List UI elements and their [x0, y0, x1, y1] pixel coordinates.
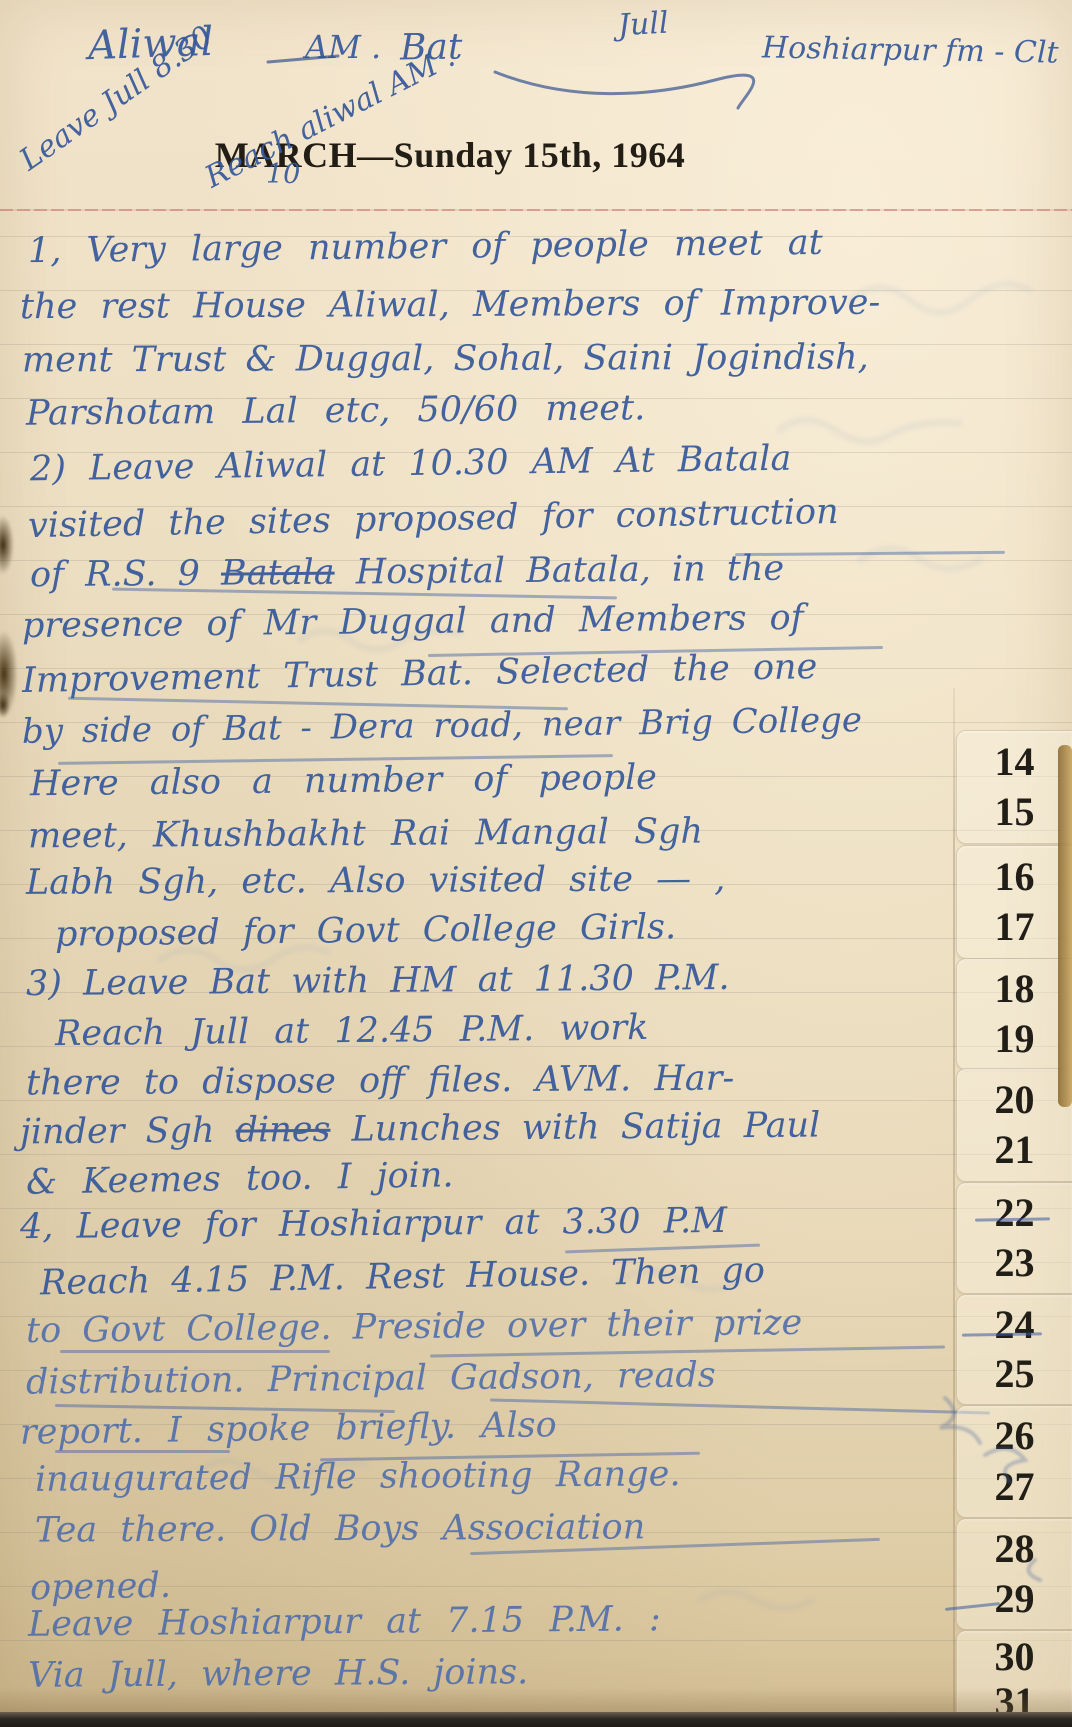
ink-underline	[60, 1350, 330, 1353]
tab-date: 27	[995, 1467, 1035, 1507]
ink-underline	[490, 1398, 990, 1414]
tab-date: 24	[995, 1305, 1035, 1345]
handwriting-line: 3) Leave Bat with HM at 11.30 P.M.	[26, 959, 730, 1004]
handwriting-line: Improvement Trust Bat. Selected the one	[22, 648, 818, 700]
handwriting-line: jinder Sgh dines Lunches with Satija Pau…	[20, 1107, 821, 1152]
date-tab-22-23: 22 23	[956, 1182, 1072, 1294]
tab-date: 26	[995, 1416, 1035, 1456]
date-tab-20-21: 20 21	[956, 1068, 1072, 1182]
tab-strip-crease	[953, 688, 955, 1714]
handwriting-line: Leave Hoshiarpur at 7.15 P.M. :	[28, 1600, 661, 1644]
handwriting-line: distribution. Principal Gadson, reads	[26, 1356, 716, 1402]
annotation-reach-hour: 10	[266, 160, 300, 190]
book-bottom-edge	[0, 1712, 1072, 1727]
annotation-route-am: AM .	[305, 30, 381, 65]
handwriting-line: Reach Jull at 12.45 P.M. work	[55, 1009, 649, 1054]
tab-date: 16	[995, 857, 1035, 897]
tab-date: 21	[995, 1130, 1035, 1170]
red-header-rule	[0, 209, 1072, 211]
tab-date: 29	[995, 1579, 1035, 1619]
annotation-route-jull: Jull	[617, 7, 669, 43]
handwriting-line: presence of Mr Duggal and Members of	[22, 599, 804, 646]
handwriting-line: the rest House Aliwal, Members of Improv…	[20, 284, 880, 327]
tab-date: 15	[995, 792, 1035, 832]
handwriting-line: Parshotam Lal etc, 50/60 meet.	[26, 389, 646, 433]
tab-date: 18	[995, 969, 1035, 1009]
edge-stain	[0, 515, 14, 575]
crossed-out-word: Batala	[221, 553, 335, 594]
page-edge-gold	[1058, 745, 1072, 1107]
tab-date: 19	[995, 1019, 1035, 1059]
crossed-out-word: dines	[235, 1110, 330, 1151]
handwriting-line: Reach 4.15 P.M. Rest House. Then go	[40, 1252, 766, 1303]
handwriting-line: opened.	[30, 1567, 172, 1608]
line-post: Lunches with Satija Paul	[330, 1106, 820, 1150]
tab-date: 20	[995, 1080, 1035, 1120]
handwriting-line: 1, Very large number of people meet at	[28, 224, 823, 271]
handwriting-line: there to dispose off files. AVM. Har-	[26, 1060, 735, 1103]
handwriting-line: ment Trust & Duggal, Sohal, Saini Jogind…	[22, 339, 869, 380]
annotation-route-hoshiarpur: Hoshiarpur fm - Clt	[762, 31, 1059, 69]
date-tab-24-25: 24 25	[956, 1294, 1072, 1405]
line-post: Hospital Batala, in the	[334, 549, 784, 593]
tab-date: 22	[995, 1193, 1035, 1233]
date-tab-18-19: 18 19	[956, 958, 1072, 1070]
handwriting-line: meet, Khushbakht Rai Mangal Sgh	[28, 813, 703, 856]
bottom-page-fold	[0, 1688, 1072, 1714]
date-tab-16-17: 16 17	[956, 845, 1072, 959]
handwriting-line: inaugurated Rifle shooting Range.	[35, 1455, 681, 1499]
handwriting-line: 2) Leave Aliwal at 10.30 AM At Batala	[30, 440, 792, 489]
date-tab-14-15: 14 15	[956, 730, 1072, 844]
handwriting-line: Here also a number of people	[30, 759, 657, 804]
date-tab-28-29: 28 29	[956, 1518, 1072, 1630]
diary-page-scan: MARCH—Sunday 15th, 1964 Aliwal AM . Bat …	[0, 0, 1072, 1727]
line-pre: jinder Sgh	[20, 1111, 236, 1153]
handwriting-line: report. I spoke briefly. Also	[20, 1406, 557, 1452]
handwriting-line: 4, Leave for Hoshiarpur at 3.30 P.M	[20, 1202, 727, 1247]
handwriting-line: Labh Sgh, etc. Also visited site — ,	[26, 860, 726, 902]
handwriting-line: Tea there. Old Boys Association	[35, 1508, 645, 1550]
tab-date: 28	[995, 1529, 1035, 1569]
handwriting-line: to Govt College. Preside over their priz…	[26, 1304, 803, 1351]
tab-date: 30	[995, 1637, 1035, 1677]
ink-underline	[55, 1450, 230, 1453]
tab-date: 23	[995, 1243, 1035, 1283]
date-tab-26-27: 26 27	[956, 1405, 1072, 1518]
handwriting-line: proposed for Govt College Girls.	[55, 908, 677, 954]
handwriting-line: visited the sites proposed for construct…	[28, 493, 839, 546]
tab-date: 17	[995, 907, 1035, 947]
tab-date: 14	[995, 742, 1035, 782]
handwriting-line: & Keemes too. I join.	[26, 1156, 454, 1202]
handwriting-line: by side of Bat - Dera road, near Brig Co…	[22, 702, 862, 751]
tab-date: 25	[995, 1354, 1035, 1394]
